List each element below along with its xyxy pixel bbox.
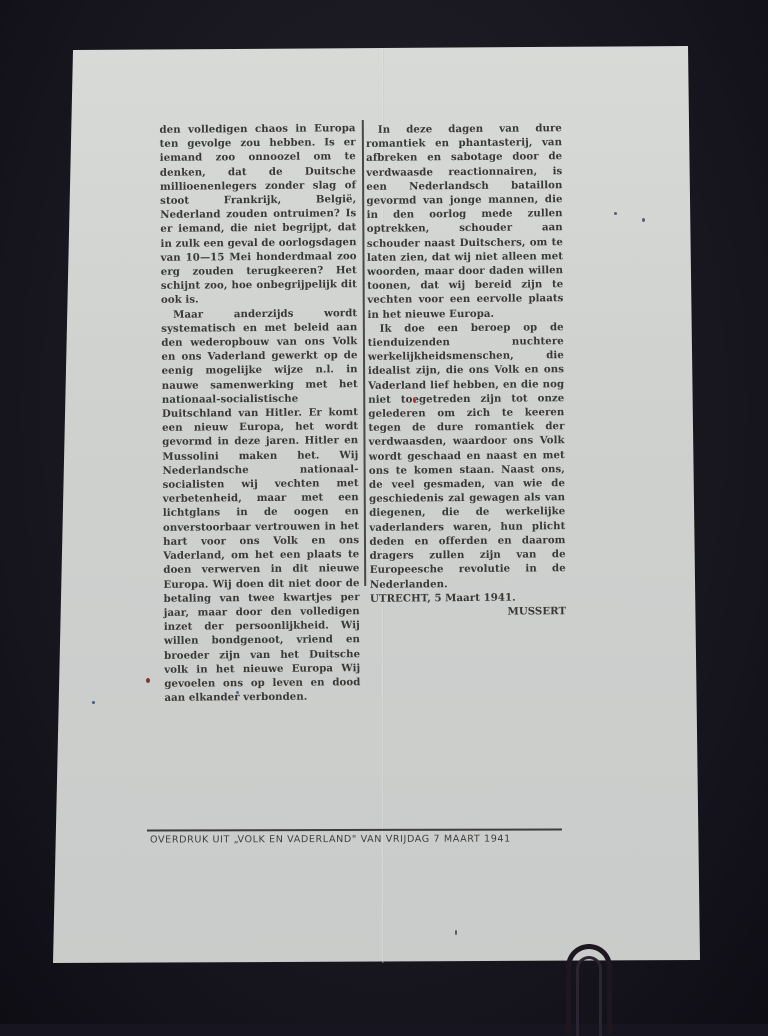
paper-clip-inner-loop	[576, 956, 602, 1024]
ink-speck	[642, 218, 645, 222]
footer-reprint-note: OVERDRUK UIT „VOLK EN VADERLAND" VAN VRI…	[150, 833, 560, 845]
ink-speck	[455, 930, 457, 935]
left-text-column: den volledigen chaos in Europa ten gevol…	[159, 121, 360, 705]
ink-speck	[614, 212, 617, 215]
ink-speck	[413, 398, 416, 403]
right-paragraph-2: Ik doe een beroep op de tienduizenden nu…	[368, 320, 566, 592]
ink-speck	[236, 691, 239, 694]
left-paragraph-1: den volledigen chaos in Europa ten gevol…	[159, 121, 357, 307]
ink-speck	[92, 701, 95, 704]
signature: MUSSERT	[370, 604, 566, 620]
right-paragraph-1: In deze dagen van dure romantiek en phan…	[366, 121, 564, 322]
right-text-column: In deze dagen van dure romantiek en phan…	[366, 121, 566, 620]
ink-speck	[146, 678, 150, 683]
left-paragraph-2: Maar anderzijds wordt systematisch en me…	[161, 306, 360, 705]
